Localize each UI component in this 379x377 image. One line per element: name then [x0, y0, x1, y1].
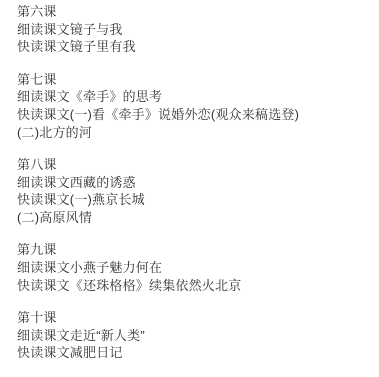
fast-reading-line: 快读课文镜子里有我 — [17, 38, 371, 56]
fast-reading-line: 快读课文《还珠格格》续集依然火北京 — [17, 277, 371, 295]
lesson-title: 第八课 — [17, 156, 371, 174]
lesson-title: 第七课 — [17, 71, 371, 89]
lesson-title: 第十课 — [17, 309, 371, 327]
fast-reading-line-2: (二)北方的河 — [17, 124, 371, 142]
lesson-section-7: 第七课 细读课文《牵手》的思考 快读课文(一)看《牵手》说婚外恋(观众来稿选登)… — [17, 71, 371, 142]
lesson-title: 第六课 — [17, 3, 371, 21]
intensive-reading-line: 细读课文《牵手》的思考 — [17, 88, 371, 106]
lesson-title: 第九课 — [17, 241, 371, 259]
lesson-section-9: 第九课 细读课文小燕子魅力何在 快读课文《还珠格格》续集依然火北京 — [17, 241, 371, 294]
fast-reading-line: 快读课文减肥日记 — [17, 344, 371, 362]
intensive-reading-line: 细读课文西藏的诱惑 — [17, 174, 371, 192]
fast-reading-line: 快读课文(一)燕京长城 — [17, 191, 371, 209]
lesson-section-8: 第八课 细读课文西藏的诱惑 快读课文(一)燕京长城 (二)高原风情 — [17, 156, 371, 227]
lesson-toc: 第六课 细读课文镜子与我 快读课文镜子里有我 第七课 细读课文《牵手》的思考 快… — [0, 0, 379, 362]
lesson-section-6: 第六课 细读课文镜子与我 快读课文镜子里有我 — [17, 3, 371, 56]
lesson-section-10: 第十课 细读课文走近“新人类” 快读课文减肥日记 — [17, 309, 371, 362]
intensive-reading-line: 细读课文镜子与我 — [17, 21, 371, 39]
fast-reading-line-2: (二)高原风情 — [17, 209, 371, 227]
intensive-reading-line: 细读课文小燕子魅力何在 — [17, 259, 371, 277]
intensive-reading-line: 细读课文走近“新人类” — [17, 327, 371, 345]
fast-reading-line: 快读课文(一)看《牵手》说婚外恋(观众来稿选登) — [17, 106, 371, 124]
